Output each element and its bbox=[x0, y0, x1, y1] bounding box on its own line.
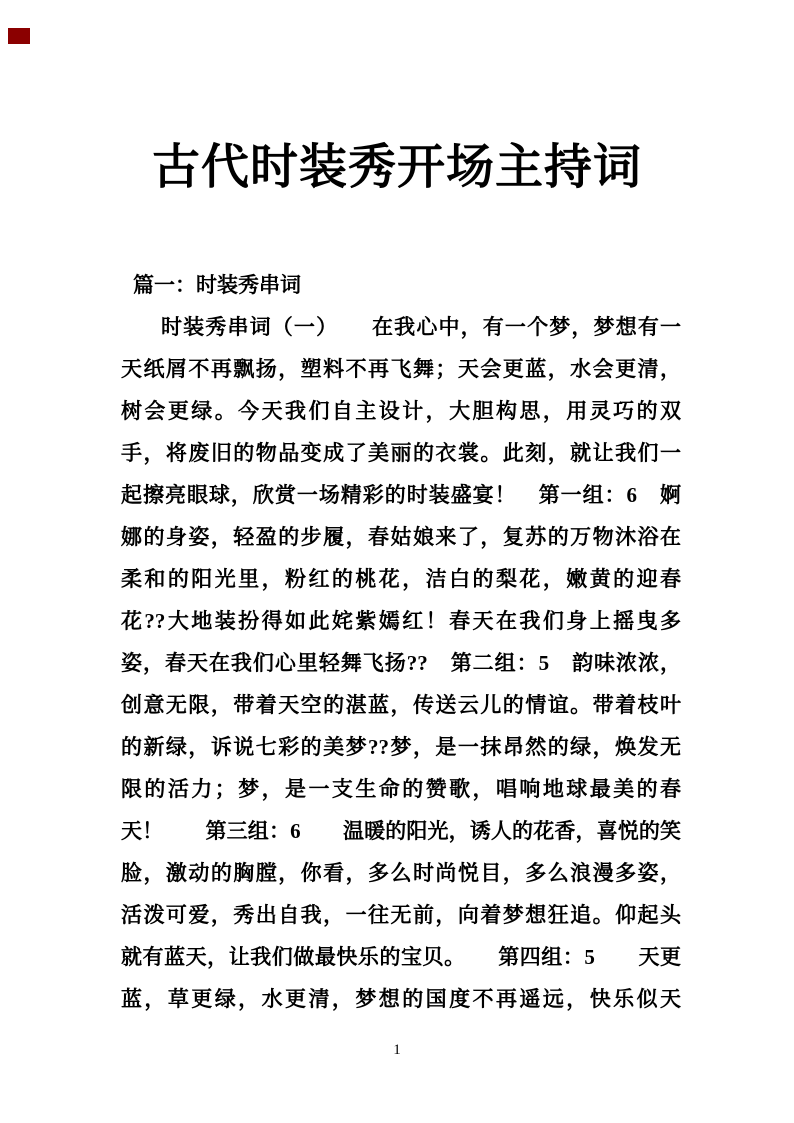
text-line: 柔和的阳光里，粉红的桃花，洁白的梨花，嫩黄的迎春 bbox=[121, 558, 681, 600]
text-line: 手，将废旧的物品变成了美丽的衣裳。此刻，就让我们一 bbox=[121, 432, 681, 474]
text-line: 娜的身姿，轻盈的步履，春姑娘来了，复苏的万物沐浴在 bbox=[121, 516, 681, 558]
document-page: 古代时装秀开场主持词 篇一：时装秀串词 时装秀串词（一） 在我心中，有一个梦，梦… bbox=[0, 0, 794, 1123]
text-line: 创意无限，带着天空的湛蓝，传送云儿的情谊。带着枝叶 bbox=[121, 684, 681, 726]
text-line: 脸，激动的胸膛，你看，多么时尚悦目，多么浪漫多姿， bbox=[121, 852, 681, 894]
text-line: 天纸屑不再飘扬，塑料不再飞舞；天会更蓝，水会更清， bbox=[121, 348, 681, 390]
text-line: 时装秀串词（一） 在我心中，有一个梦，梦想有一 bbox=[121, 306, 681, 348]
text-line: 花??大地装扮得如此姹紫嫣红！春天在我们身上摇曳多 bbox=[121, 600, 681, 642]
text-line: 就有蓝天，让我们做最快乐的宝贝。 第四组：5 天更 bbox=[121, 936, 681, 978]
corner-red-mark bbox=[8, 28, 30, 44]
text-line: 起擦亮眼球，欣赏一场精彩的时装盛宴！ 第一组：6 婀 bbox=[121, 474, 681, 516]
text-line: 限的活力；梦，是一支生命的赞歌，唱响地球最美的春 bbox=[121, 768, 681, 810]
text-line: 姿，春天在我们心里轻舞飞扬?? 第二组：5 韵味浓浓， bbox=[121, 642, 681, 684]
text-line: 活泼可爱，秀出自我，一往无前，向着梦想狂追。仰起头 bbox=[121, 894, 681, 936]
section-heading: 篇一：时装秀串词 bbox=[133, 264, 681, 306]
text-line: 蓝，草更绿，水更清，梦想的国度不再遥远，快乐似天 bbox=[121, 978, 681, 1020]
text-line: 的新绿，诉说七彩的美梦??梦，是一抹昂然的绿，焕发无 bbox=[121, 726, 681, 768]
document-title: 古代时装秀开场主持词 bbox=[0, 128, 794, 208]
text-line: 天！ 第三组：6 温暖的阳光，诱人的花香，喜悦的笑 bbox=[121, 810, 681, 852]
page-number: 1 bbox=[0, 1038, 794, 1062]
document-body: 篇一：时装秀串词 时装秀串词（一） 在我心中，有一个梦，梦想有一 天纸屑不再飘扬… bbox=[121, 264, 681, 1020]
text-line: 树会更绿。今天我们自主设计，大胆构思，用灵巧的双 bbox=[121, 390, 681, 432]
